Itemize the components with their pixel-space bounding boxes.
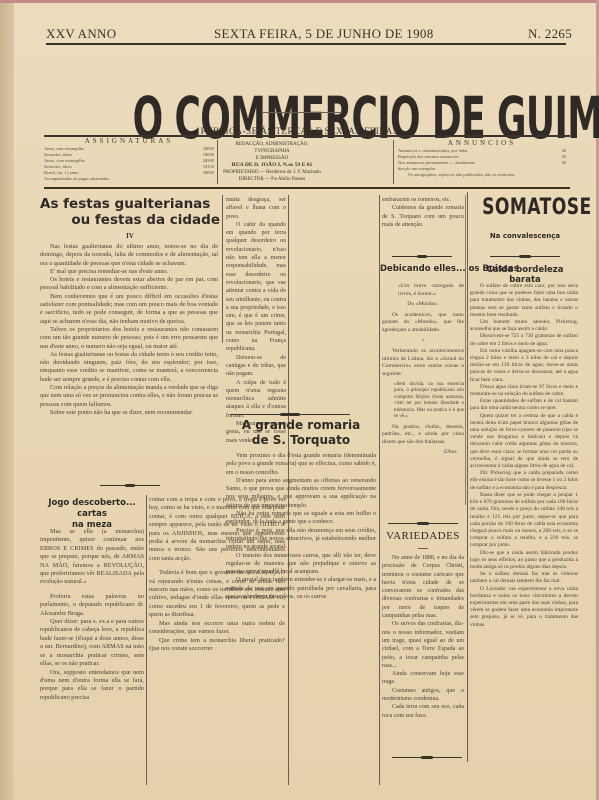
paragraph: O Lavrador vae experimentar a nova calda… [470, 586, 578, 629]
paragraph: O sulfato de cobre está caro; por isso s… [470, 283, 578, 319]
article-romaria-body: Vem proximo o dia d'esta grande romaria … [226, 452, 376, 601]
paragraph: Ora, supposto entendamos que nem d'uma n… [40, 669, 144, 703]
article-jogo-header: Jogo descoberto... cartas na meza [40, 498, 144, 531]
office-owner: PROPRIETARIO — Herdeiros de J. F. Machad… [222, 169, 322, 176]
year-label: XXV ANNO [46, 26, 116, 42]
ornament-divider [392, 255, 452, 258]
ads-box: ANNUNCIOS Annuncios e communicados, por … [398, 140, 566, 178]
column-2-continuation: muita desgraça, ser affavel e lhana com … [226, 196, 286, 445]
masthead: O COMMERCIO DE GUIMARÃES [0, 44, 599, 104]
paragraph: Os hoteis e restaurantes devem estar abe… [40, 276, 218, 293]
signature: Elbas. [382, 449, 464, 457]
article-festas: As festas gualterianas ou festas da cida… [40, 196, 220, 240]
article-bicanda-body: «Um burro carregado de livros, é doutor.… [382, 283, 464, 457]
paragraph: Diz-se que a calda assim fabricada produ… [470, 550, 578, 572]
article-title: Jogo descoberto... cartas [40, 498, 144, 520]
section-variedades-body: No anno de 1888, e no dia da procissão d… [382, 554, 464, 720]
paragraph: Verberando os acontecimentos ultimos de … [382, 348, 464, 378]
somatose-brand: SOMATOSE [482, 195, 568, 220]
paragraph: Estas quantidades de sulfato e de cal ba… [470, 398, 578, 412]
office-box: REDACÇÃO, ADMINISTRAÇÃO, TYPOGRAPHIA E I… [222, 141, 322, 183]
paragraph: Se o sulfato demais faz mal ás videiras … [470, 571, 578, 585]
ornament-divider [490, 255, 560, 258]
subscription-price: 3$000 [203, 170, 214, 176]
paragraph: O transito dos numerosos carros, que all… [226, 552, 376, 577]
somatose-tagline: Na convalescença [470, 232, 580, 240]
column-divider [465, 195, 466, 505]
paragraph: Com relação a preços da alimentação mand… [40, 384, 218, 409]
paragraph: Sobre este ponto não ha que se dizer, ne… [40, 409, 218, 417]
title-underline [262, 112, 342, 113]
article-title: A grande romaria [226, 418, 376, 433]
paragraph: Quer dizer: para s. ex.a e para outros r… [40, 618, 144, 668]
ornament-divider [392, 756, 462, 759]
issue-number: N. 2265 [528, 26, 572, 42]
paragraph: Nas festas gualterianas do ultimo anno, … [40, 243, 218, 268]
quote: «Um burro carregado de livros, é doutor.… [382, 283, 464, 298]
paragraph: Bem conhecemos que é um pouco difficil e… [40, 293, 218, 326]
section-title: VARIEDADES [380, 530, 466, 542]
info-divider [393, 140, 394, 184]
paragraph: Vem proximo o dia d'esta grande romaria … [226, 452, 376, 477]
subscriptions-title: ASSIGNATURAS [44, 138, 214, 144]
paragraph: Dissolvem-se 725 a 730 grammas de sulfat… [470, 333, 578, 347]
paragraph: Quem quizer ter a certeza de que a calda… [470, 413, 578, 471]
article-title: ou festas da cidade [40, 212, 220, 228]
subscriptions-box: ASSIGNATURAS Anno, sem estampilha2$000 S… [44, 138, 214, 182]
paragraph: Ainda conservam hoje esse trage. [382, 670, 464, 687]
office-director: DIRECTOR — P.e Abilio Passos [222, 176, 322, 183]
quote-source: Do «Mundo». [382, 301, 464, 309]
ad-rate-price: 40 [562, 160, 567, 166]
article-romaria-header: A grande romaria de S. Torquato [226, 418, 376, 448]
paragraph: Preciso é, pois, que ella não desmereça … [226, 527, 376, 552]
ads-note: Os autographos, sejam ou não publicados,… [398, 172, 566, 178]
info-bottom-rule [44, 187, 570, 189]
column-divider [222, 195, 223, 343]
paragraph: Não ha outra romaria que se eguale a est… [226, 510, 376, 527]
title-dash [418, 548, 428, 549]
info-divider [217, 140, 218, 184]
article-jogo-body: Mas se ella (a monarchia) impenitente, q… [40, 528, 144, 702]
column-3-continuation: embaracem os romeiros, etc. Cuidemos da … [382, 196, 464, 229]
paragraph: D'essa agua clara tiram-se 97 litros e m… [470, 384, 578, 398]
article-title: Calda bordeleza barata [470, 265, 580, 285]
article-part: IV [40, 232, 220, 240]
article-title: Debicando elles... os Buissas [380, 264, 466, 274]
paragraph: Na pratica, chufas, doestos, padrões, et… [382, 424, 464, 447]
article-title: As festas gualterianas [40, 196, 220, 212]
ornament-divider [230, 413, 350, 416]
paragraph: Basta dizer que se pode chegar a poupar … [470, 492, 578, 550]
office-line: REDACÇÃO, ADMINISTRAÇÃO, TYPOGRAPHIA [222, 141, 322, 155]
page-spine [0, 0, 15, 800]
column-divider [379, 195, 380, 785]
bullet-separator: • [382, 338, 464, 346]
paragraph: D'anno para anno augmentam as offertas a… [226, 477, 376, 510]
paragraph: Um homem muito sabedor, Pickering, acons… [470, 319, 578, 333]
office-line: E IMPRESSÃO [222, 155, 322, 162]
paragraph: As festas gualterianas ou festas da cida… [40, 351, 218, 384]
paragraph: Mas se ella (a monarchia) impenitente, q… [40, 528, 144, 587]
paragraph: O arraial deve tambem estender-se e alar… [226, 576, 376, 601]
paragraph: Em outra vasilha apagam-se com uma pouca… [470, 348, 578, 384]
article-title: de S. Torquato [226, 433, 376, 448]
paragraph: Deixem-se de cantigas e do trêtas, que n… [226, 354, 286, 379]
paragraph: Os academicos, que tanto gostam do «Mund… [382, 312, 464, 335]
paragraph: Talvez os proprietarios dos hoteis e res… [40, 326, 218, 351]
top-border [0, 0, 599, 3]
paragraph: Cuidemos da grande romaria de S. Torquat… [382, 204, 464, 229]
paragraph: Proferiu estas palavras no parlamento, o… [40, 593, 144, 618]
paragraph: Cada terra com seu uso, cada roca com se… [382, 703, 464, 720]
paragraph: Diz Pickering que a calda preparada como… [470, 470, 578, 492]
ornament-divider [100, 484, 160, 487]
paragraph: Mas ainda nos occorre uma outra ordem de… [149, 620, 285, 637]
subscriptions-note: Acompanhadas ou pagas adiantadas. [44, 176, 214, 182]
paragraph: O cahir da quando em quando por terra qu… [226, 221, 286, 354]
ornament-divider [388, 522, 458, 525]
article-calda-body: O sulfato de cobre está caro; por isso s… [470, 283, 578, 629]
paragraph: Costumes antigos, que o modernismo conde… [382, 687, 464, 704]
quote: «Sem duvida, na sua essencia pura, o pri… [382, 382, 464, 421]
paragraph: Que crime tem a monarchia liberal pratic… [149, 637, 285, 654]
column-divider [146, 495, 147, 785]
paragraph: muita desgraça, ser affavel e lhana com … [226, 196, 286, 221]
ads-title: ANNUNCIOS [398, 140, 566, 146]
paragraph: embaracem os romeiros, etc. [382, 196, 464, 204]
paragraph: E' mal que precisa remediar-se nas d'est… [40, 268, 218, 276]
issue-date: SEXTA FEIRA, 5 DE JUNHO DE 1908 [214, 26, 434, 42]
paragraph: Os servos das confrarias, diz-nos o noss… [382, 620, 464, 670]
column-divider [467, 192, 468, 762]
somatose-ad: SOMATOSE Na convalescença [470, 195, 580, 240]
article-festas-body: Nas festas gualterianas do ultimo anno, … [40, 243, 218, 417]
office-address: RUA DE D. JOÃO I, N.os 59 E 61 [222, 162, 322, 169]
paragraph: No anno de 1888, e no dia da procissão d… [382, 554, 464, 620]
